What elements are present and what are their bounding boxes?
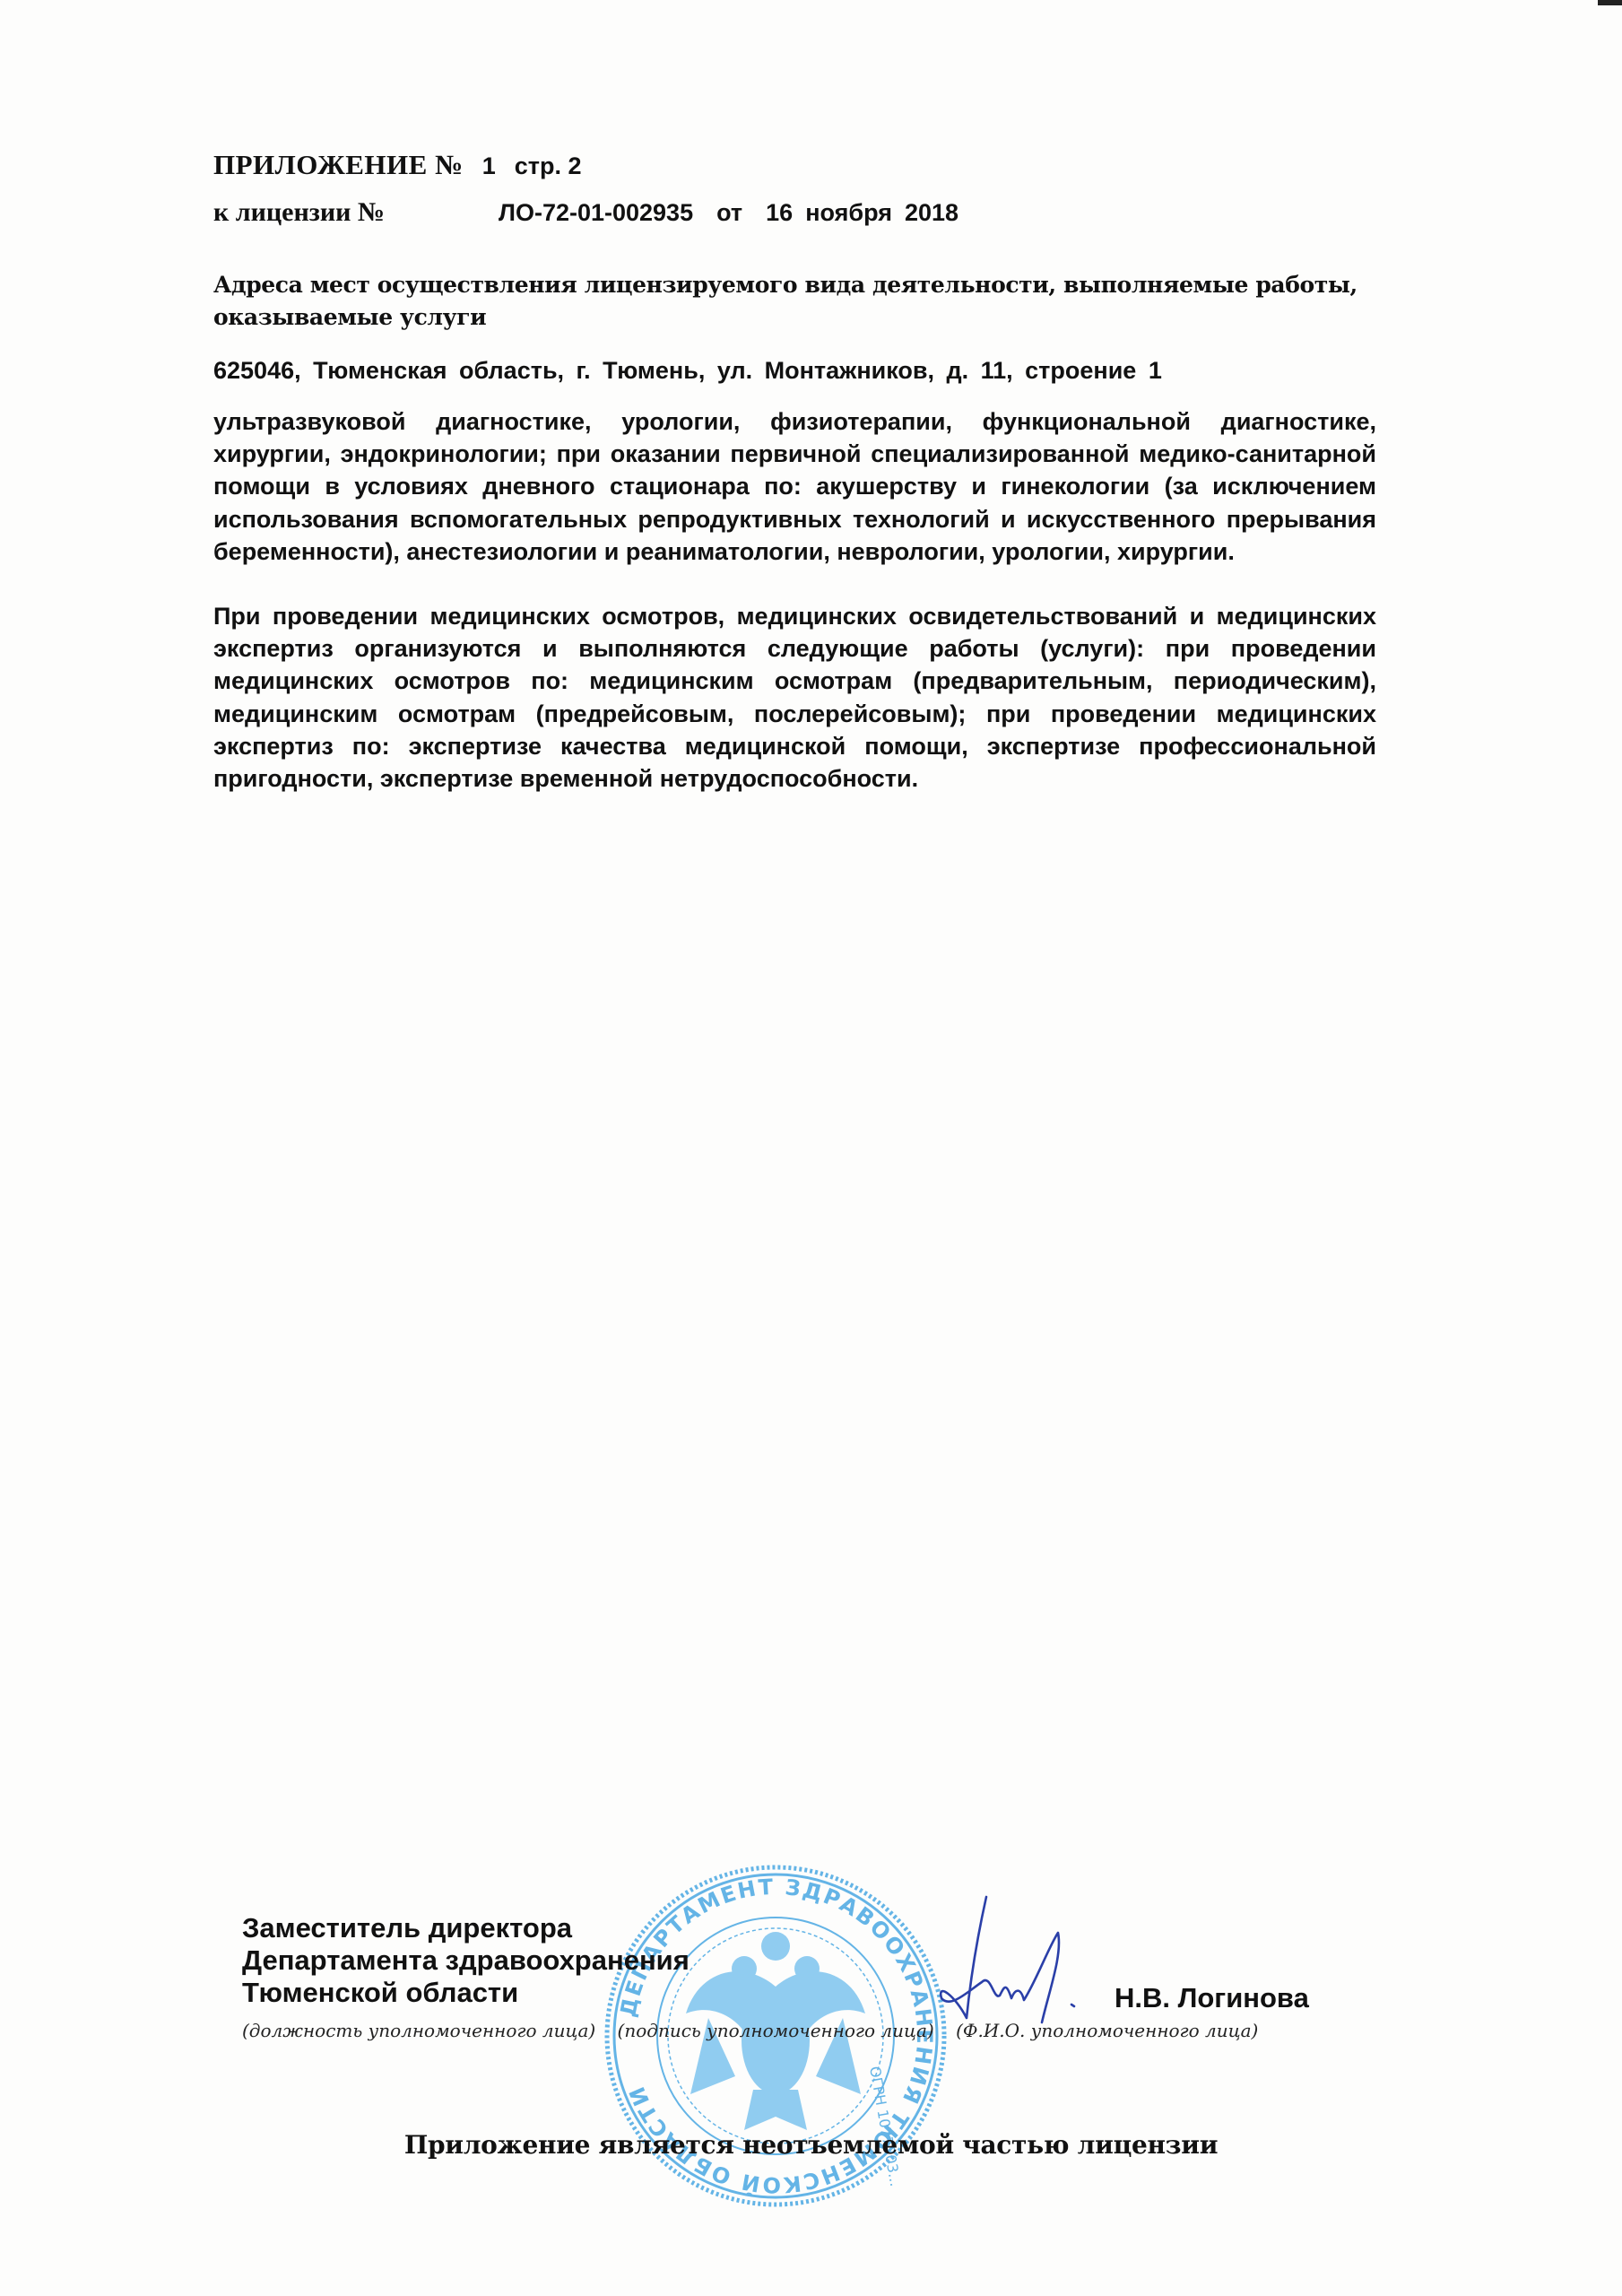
handwritten-signature: [915, 1883, 1094, 2036]
medical-examinations-paragraph: При проведении медицинских осмотров, мед…: [213, 600, 1376, 795]
signatory-name: Н.В. Логинова: [1115, 1982, 1309, 2014]
date-month: ноября: [805, 199, 892, 226]
signatory-position: Заместитель директора Департамента здрав…: [242, 1912, 690, 2009]
caption-signature: (подпись уполномоченного лица): [618, 2020, 934, 2041]
appendix-label: ПРИЛОЖЕНИЕ №: [213, 149, 464, 180]
position-line-2: Департамента здравоохранения: [242, 1944, 690, 1977]
scan-edge-mark: [1598, 0, 1622, 5]
activity-address: 625046, Тюменская область, г. Тюмень, ул…: [213, 357, 1162, 385]
section-heading: Адреса мест осуществления лицензируемого…: [213, 269, 1379, 334]
position-line-1: Заместитель директора: [242, 1912, 690, 1944]
appendix-number: 1: [482, 152, 496, 179]
signature-captions: (должность уполномоченного лица) (подпис…: [242, 2020, 1274, 2041]
license-label: к лицензии №: [213, 197, 499, 228]
services-paragraph: ультразвуковой диагностике, урологии, фи…: [213, 405, 1376, 568]
caption-name: (Ф.И.О. уполномоченного лица): [956, 2020, 1258, 2041]
license-reference: к лицензии №ЛО-72-01-002935от16ноября201…: [213, 197, 958, 228]
date-day: 16: [766, 199, 793, 226]
license-appendix-page: ПРИЛОЖЕНИЕ № 1 стр. 2 к лицензии №ЛО-72-…: [0, 0, 1622, 2296]
footer-note: Приложение является неотъемлемой частью …: [0, 2130, 1622, 2160]
page-reference: стр. 2: [515, 152, 582, 179]
appendix-header: ПРИЛОЖЕНИЕ № 1 стр. 2: [213, 149, 582, 181]
date-year: 2018: [905, 199, 958, 226]
caption-position: (должность уполномоченного лица): [242, 2020, 595, 2041]
license-number: ЛО-72-01-002935: [499, 199, 693, 226]
position-line-3: Тюменской области: [242, 1977, 690, 2009]
from-label: от: [716, 199, 742, 226]
